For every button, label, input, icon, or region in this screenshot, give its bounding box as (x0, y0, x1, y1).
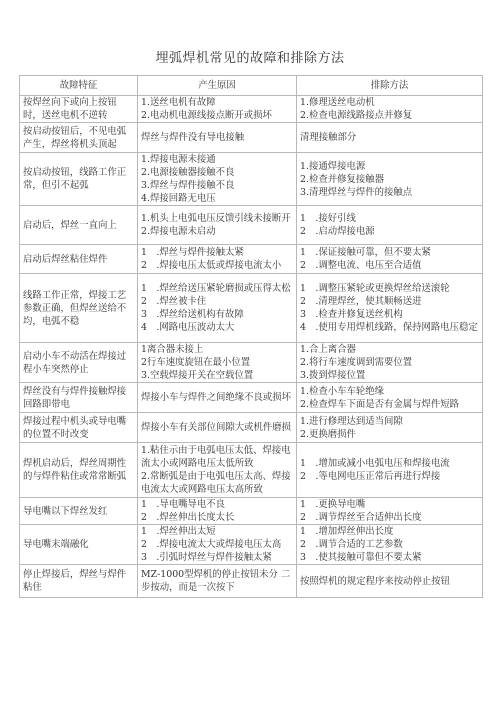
cause-line: 2 .焊丝被卡住 (141, 295, 293, 308)
remedy-line: 1 .保证接触可靠，但不要太紧 (300, 246, 479, 259)
symptom-text: 按启动按钮后，不见电弧产生，焊丝将机头顶起 (23, 126, 126, 150)
cause-line: 3.焊丝与焊件接触不良 (141, 179, 293, 192)
cell-remedy: 1 .调整压紧轮或更换焊丝给送滚轮2 .清理焊丝，使其顺畅送进3 .检查并修复送… (297, 274, 483, 343)
cause-line: 4 .网路电压波动太大 (141, 321, 293, 334)
remedy-line: 1.合上离合器 (300, 343, 479, 356)
cell-symptom: 按启动按钮后，不见电弧产生，焊丝将机头顶起 (20, 123, 138, 153)
fault-table: 故障特征 产生原因 排除方法 按焊丝向下或向上按钮时，送丝电机不逆转1.送丝电机… (19, 75, 483, 598)
remedy-line: 1.进行修理达到适当间隙 (300, 415, 479, 428)
remedy-line: 3.清理焊丝与焊件的接触点 (300, 186, 479, 199)
remedy-line: 3.拨到焊接位置 (300, 369, 479, 382)
cause-line: 1.粘住示由于电弧电压太低、焊接电流太小或网路电压太低所致 (141, 444, 293, 470)
cell-remedy: 1 .接好引线2 .启动焊接电源 (297, 206, 483, 245)
table-row: 导电嘴末端融化1 .焊丝伸出太短2 .焊接电流太大或焊接电压太高3 .引弧时焊丝… (20, 525, 483, 565)
header-remedy: 排除方法 (297, 76, 483, 96)
symptom-text: 导电嘴末端融化 (23, 539, 89, 550)
cell-cause: 1 .导电嘴导电不良2 .焊丝伸出长度太长 (138, 498, 297, 525)
cause-line: 1 .焊丝给送压紧轮磨损或压得太松 (141, 282, 293, 295)
cell-symptom: 焊接过程中机头或导电嘴的位置不时改变 (20, 413, 138, 443)
symptom-text: 启动后焊丝粘住焊件 (23, 254, 107, 265)
remedy-line: 2.检查电源线路接点并修复 (300, 109, 479, 122)
table-row: 焊接过程中机头或导电嘴的位置不时改变焊接小车有关部位间隙大或机件磨损1.进行修理… (20, 413, 483, 443)
symptom-text: 导电嘴以下焊丝发红 (23, 506, 107, 517)
cell-cause: 1.粘住示由于电弧电压太低、焊接电流太小或网路电压太低所致2.常断弧是由于电弧电… (138, 443, 297, 498)
remedy-line: 2 .清理焊丝，使其顺畅送进 (300, 295, 479, 308)
remedy-line: 2.更换磨损件 (300, 428, 479, 441)
cell-symptom: 启动小车不动活在焊接过程小车突然停止 (20, 343, 138, 383)
table-row: 线路工作正常，焊接工艺参数正确，但焊丝送给不均，电弧不稳1 .焊丝给送压紧轮磨损… (20, 274, 483, 343)
symptom-text: 按焊丝向下或向上按钮时，送丝电机不逆转 (23, 97, 117, 121)
cell-symptom: 焊机启动后，焊丝周期性的与焊件粘住或常常断弧 (20, 443, 138, 498)
cause-line: 1离合器未接上 (141, 343, 293, 356)
symptom-text: 停止焊接后，焊丝与焊件粘住 (23, 569, 126, 593)
cell-symptom: 导电嘴以下焊丝发红 (20, 498, 138, 525)
cell-remedy: 1 .保证接触可靠，但不要太紧2 .调整电流、电压至合适值 (297, 245, 483, 274)
remedy-line: 2 .调节合适的工艺参数 (300, 538, 479, 551)
cause-line: 焊接小车有关部位间隙大或机件磨损 (141, 421, 293, 434)
table-row: 按启动按钮，线路工作正常，但引不起弧1.焊接电源未接通2.电源接触器接触不良3.… (20, 153, 483, 206)
table-row: 启动后焊丝粘住焊件1 .焊丝与焊件接触太紧2 .焊接电压太低或焊接电流太小1 .… (20, 245, 483, 274)
remedy-line: 1 .更换导电嘴 (300, 498, 479, 511)
table-row: 导电嘴以下焊丝发红1 .导电嘴导电不良2 .焊丝伸出长度太长1 .更换导电嘴2 … (20, 498, 483, 525)
header-symptom: 故障特征 (20, 76, 138, 96)
cell-remedy: 1.修理送丝电动机2.检查电源线路接点并修复 (297, 96, 483, 123)
symptom-text: 焊机启动后，焊丝周期性的与焊件粘住或常常断弧 (23, 458, 126, 482)
cause-line: 2 .焊接电压太低或焊接电流太小 (141, 259, 293, 272)
remedy-line: 3 .使其接触可靠但不要太紧 (300, 551, 479, 564)
table-body: 按焊丝向下或向上按钮时，送丝电机不逆转1.送丝电机有故障2.电动机电源线接点断开… (20, 96, 483, 598)
cause-line: 1 .焊丝伸出太短 (141, 525, 293, 538)
remedy-line: 2 .调节焊丝至合适伸出长度 (300, 511, 479, 524)
cell-remedy: 1 .增加焊丝伸出长度2 .调节合适的工艺参数3 .使其接触可靠但不要太紧 (297, 525, 483, 565)
cell-cause: 焊接小车与焊件之间绝缘不良或损坏 (138, 383, 297, 413)
remedy-line: 3 .检查并修复送丝机构 (300, 308, 479, 321)
document-title: 埋弧焊机常见的故障和排除方法 (0, 47, 500, 66)
remedy-line: 2 .启动焊接电源 (300, 225, 479, 238)
table-row: 按启动按钮后，不见电弧产生，焊丝将机头顶起焊丝与焊件没有导电接触清理接触部分 (20, 123, 483, 153)
cause-line: MZ-1000型焊机的停止按钮未分 二步按动，而是一次按下 (141, 568, 293, 594)
cause-line: 2行车速度旋钮在最小位置 (141, 356, 293, 369)
cause-line: 1 .焊丝与焊件接触太紧 (141, 246, 293, 259)
cell-cause: 1 .焊丝给送压紧轮磨损或压得太松2 .焊丝被卡住3 .焊丝给送机构有故障4 .… (138, 274, 297, 343)
cell-symptom: 导电嘴末端融化 (20, 525, 138, 565)
symptom-text: 线路工作正常，焊接工艺参数正确，但焊丝送给不均，电弧不稳 (23, 290, 126, 327)
cell-remedy: 1.合上离合器2.将行车速度调到需要位置3.拨到焊接位置 (297, 343, 483, 383)
remedy-line: 2.检查并修复接触器 (300, 173, 479, 186)
cell-cause: 1 .焊丝伸出太短2 .焊接电流太大或焊接电压太高3 .引弧时焊丝与焊件接触太紧 (138, 525, 297, 565)
cause-line: 焊接小车与焊件之间绝缘不良或损坏 (141, 391, 293, 404)
cell-symptom: 按启动按钮，线路工作正常，但引不起弧 (20, 153, 138, 206)
table-row: 按焊丝向下或向上按钮时，送丝电机不逆转1.送丝电机有故障2.电动机电源线接点断开… (20, 96, 483, 123)
table-header-row: 故障特征 产生原因 排除方法 (20, 76, 483, 96)
cause-line: 3 .引弧时焊丝与焊件接触太紧 (141, 551, 293, 564)
cause-line: 4.焊接回路无电压 (141, 192, 293, 205)
remedy-line: 按照焊机的规定程序来按动停止按钮 (300, 575, 479, 588)
table-row: 启动小车不动活在焊接过程小车突然停止1离合器未接上2行车速度旋钮在最小位置3.空… (20, 343, 483, 383)
cell-cause: 1离合器未接上2行车速度旋钮在最小位置3.空载焊接开关在空载位置 (138, 343, 297, 383)
cell-cause: 1 .焊丝与焊件接触太紧2 .焊接电压太低或焊接电流太小 (138, 245, 297, 274)
cell-cause: 焊丝与焊件没有导电接触 (138, 123, 297, 153)
cause-line: 2.电源接触器接触不良 (141, 166, 293, 179)
remedy-line: 1.接通焊接电源 (300, 160, 479, 173)
table-row: 焊机启动后，焊丝周期性的与焊件粘住或常常断弧1.粘住示由于电弧电压太低、焊接电流… (20, 443, 483, 498)
cell-symptom: 焊丝没有与焊件接触焊接回路即带电 (20, 383, 138, 413)
cause-line: 2.电动机电源线接点断开或损坏 (141, 109, 293, 122)
cell-symptom: 停止焊接后，焊丝与焊件粘住 (20, 565, 138, 598)
cell-cause: MZ-1000型焊机的停止按钮未分 二步按动，而是一次按下 (138, 565, 297, 598)
remedy-line: 1 .接好引线 (300, 212, 479, 225)
cause-line: 2 .焊接电流太大或焊接电压太高 (141, 538, 293, 551)
cause-line: 3.空载焊接开关在空载位置 (141, 369, 293, 382)
cell-remedy: 按照焊机的规定程序来按动停止按钮 (297, 565, 483, 598)
cell-remedy: 1.检查小车车轮绝缘2.检查焊车下面是否有金属与焊件短路 (297, 383, 483, 413)
header-cause: 产生原因 (138, 76, 297, 96)
cell-symptom: 启动后，焊丝一直向上 (20, 206, 138, 245)
cause-line: 2.常断弧是由于电弧电压太高、焊接电流太大或网路电压太高所致 (141, 470, 293, 496)
remedy-line: 1.检查小车车轮绝缘 (300, 385, 479, 398)
symptom-text: 按启动按钮，线路工作正常，但引不起弧 (23, 167, 126, 191)
cell-remedy: 清理接触部分 (297, 123, 483, 153)
cell-remedy: 1 .增加或减小电弧电压和焊接电流2 .等电网电压正常后再进行焊接 (297, 443, 483, 498)
cell-cause: 1.焊接电源未接通2.电源接触器接触不良3.焊丝与焊件接触不良4.焊接回路无电压 (138, 153, 297, 206)
table-row: 停止焊接后，焊丝与焊件粘住MZ-1000型焊机的停止按钮未分 二步按动，而是一次… (20, 565, 483, 598)
table-row: 启动后，焊丝一直向上1.机头上电弧电压反馈引线未接断开2.焊接电源未启动1 .接… (20, 206, 483, 245)
symptom-text: 启动后，焊丝一直向上 (23, 220, 117, 231)
cause-line: 2 .焊丝伸出长度太长 (141, 511, 293, 524)
symptom-text: 焊丝没有与焊件接触焊接回路即带电 (23, 386, 126, 410)
cause-line: 3 .焊丝给送机构有故障 (141, 308, 293, 321)
cell-remedy: 1 .更换导电嘴2 .调节焊丝至合适伸出长度 (297, 498, 483, 525)
remedy-line: 2.将行车速度调到需要位置 (300, 356, 479, 369)
cell-cause: 1.机头上电弧电压反馈引线未接断开2.焊接电源未启动 (138, 206, 297, 245)
table-row: 焊丝没有与焊件接触焊接回路即带电焊接小车与焊件之间绝缘不良或损坏1.检查小车车轮… (20, 383, 483, 413)
cause-line: 2.焊接电源未启动 (141, 225, 293, 238)
cell-remedy: 1.进行修理达到适当间隙2.更换磨损件 (297, 413, 483, 443)
cell-cause: 焊接小车有关部位间隙大或机件磨损 (138, 413, 297, 443)
cause-line: 1.机头上电弧电压反馈引线未接断开 (141, 212, 293, 225)
cell-remedy: 1.接通焊接电源2.检查并修复接触器3.清理焊丝与焊件的接触点 (297, 153, 483, 206)
cause-line: 焊丝与焊件没有导电接触 (141, 131, 293, 144)
cause-line: 1.送丝电机有故障 (141, 96, 293, 109)
remedy-line: 2.检查焊车下面是否有金属与焊件短路 (300, 398, 479, 411)
remedy-line: 1.修理送丝电动机 (300, 96, 479, 109)
cause-line: 1.焊接电源未接通 (141, 153, 293, 166)
remedy-line: 4 .使用专用焊机线路，保持网路电压稳定 (300, 321, 479, 334)
cell-symptom: 启动后焊丝粘住焊件 (20, 245, 138, 274)
cell-symptom: 线路工作正常，焊接工艺参数正确，但焊丝送给不均，电弧不稳 (20, 274, 138, 343)
remedy-line: 1 .增加或减小电弧电压和焊接电流 (300, 457, 479, 470)
remedy-line: 1 .增加焊丝伸出长度 (300, 525, 479, 538)
cause-line: 1 .导电嘴导电不良 (141, 498, 293, 511)
remedy-line: 2 .调整电流、电压至合适值 (300, 259, 479, 272)
cell-cause: 1.送丝电机有故障2.电动机电源线接点断开或损坏 (138, 96, 297, 123)
symptom-text: 焊接过程中机头或导电嘴的位置不时改变 (23, 416, 126, 440)
symptom-text: 启动小车不动活在焊接过程小车突然停止 (23, 351, 126, 375)
remedy-line: 2 .等电网电压正常后再进行焊接 (300, 470, 479, 483)
remedy-line: 清理接触部分 (300, 131, 479, 144)
cell-symptom: 按焊丝向下或向上按钮时，送丝电机不逆转 (20, 96, 138, 123)
remedy-line: 1 .调整压紧轮或更换焊丝给送滚轮 (300, 282, 479, 295)
